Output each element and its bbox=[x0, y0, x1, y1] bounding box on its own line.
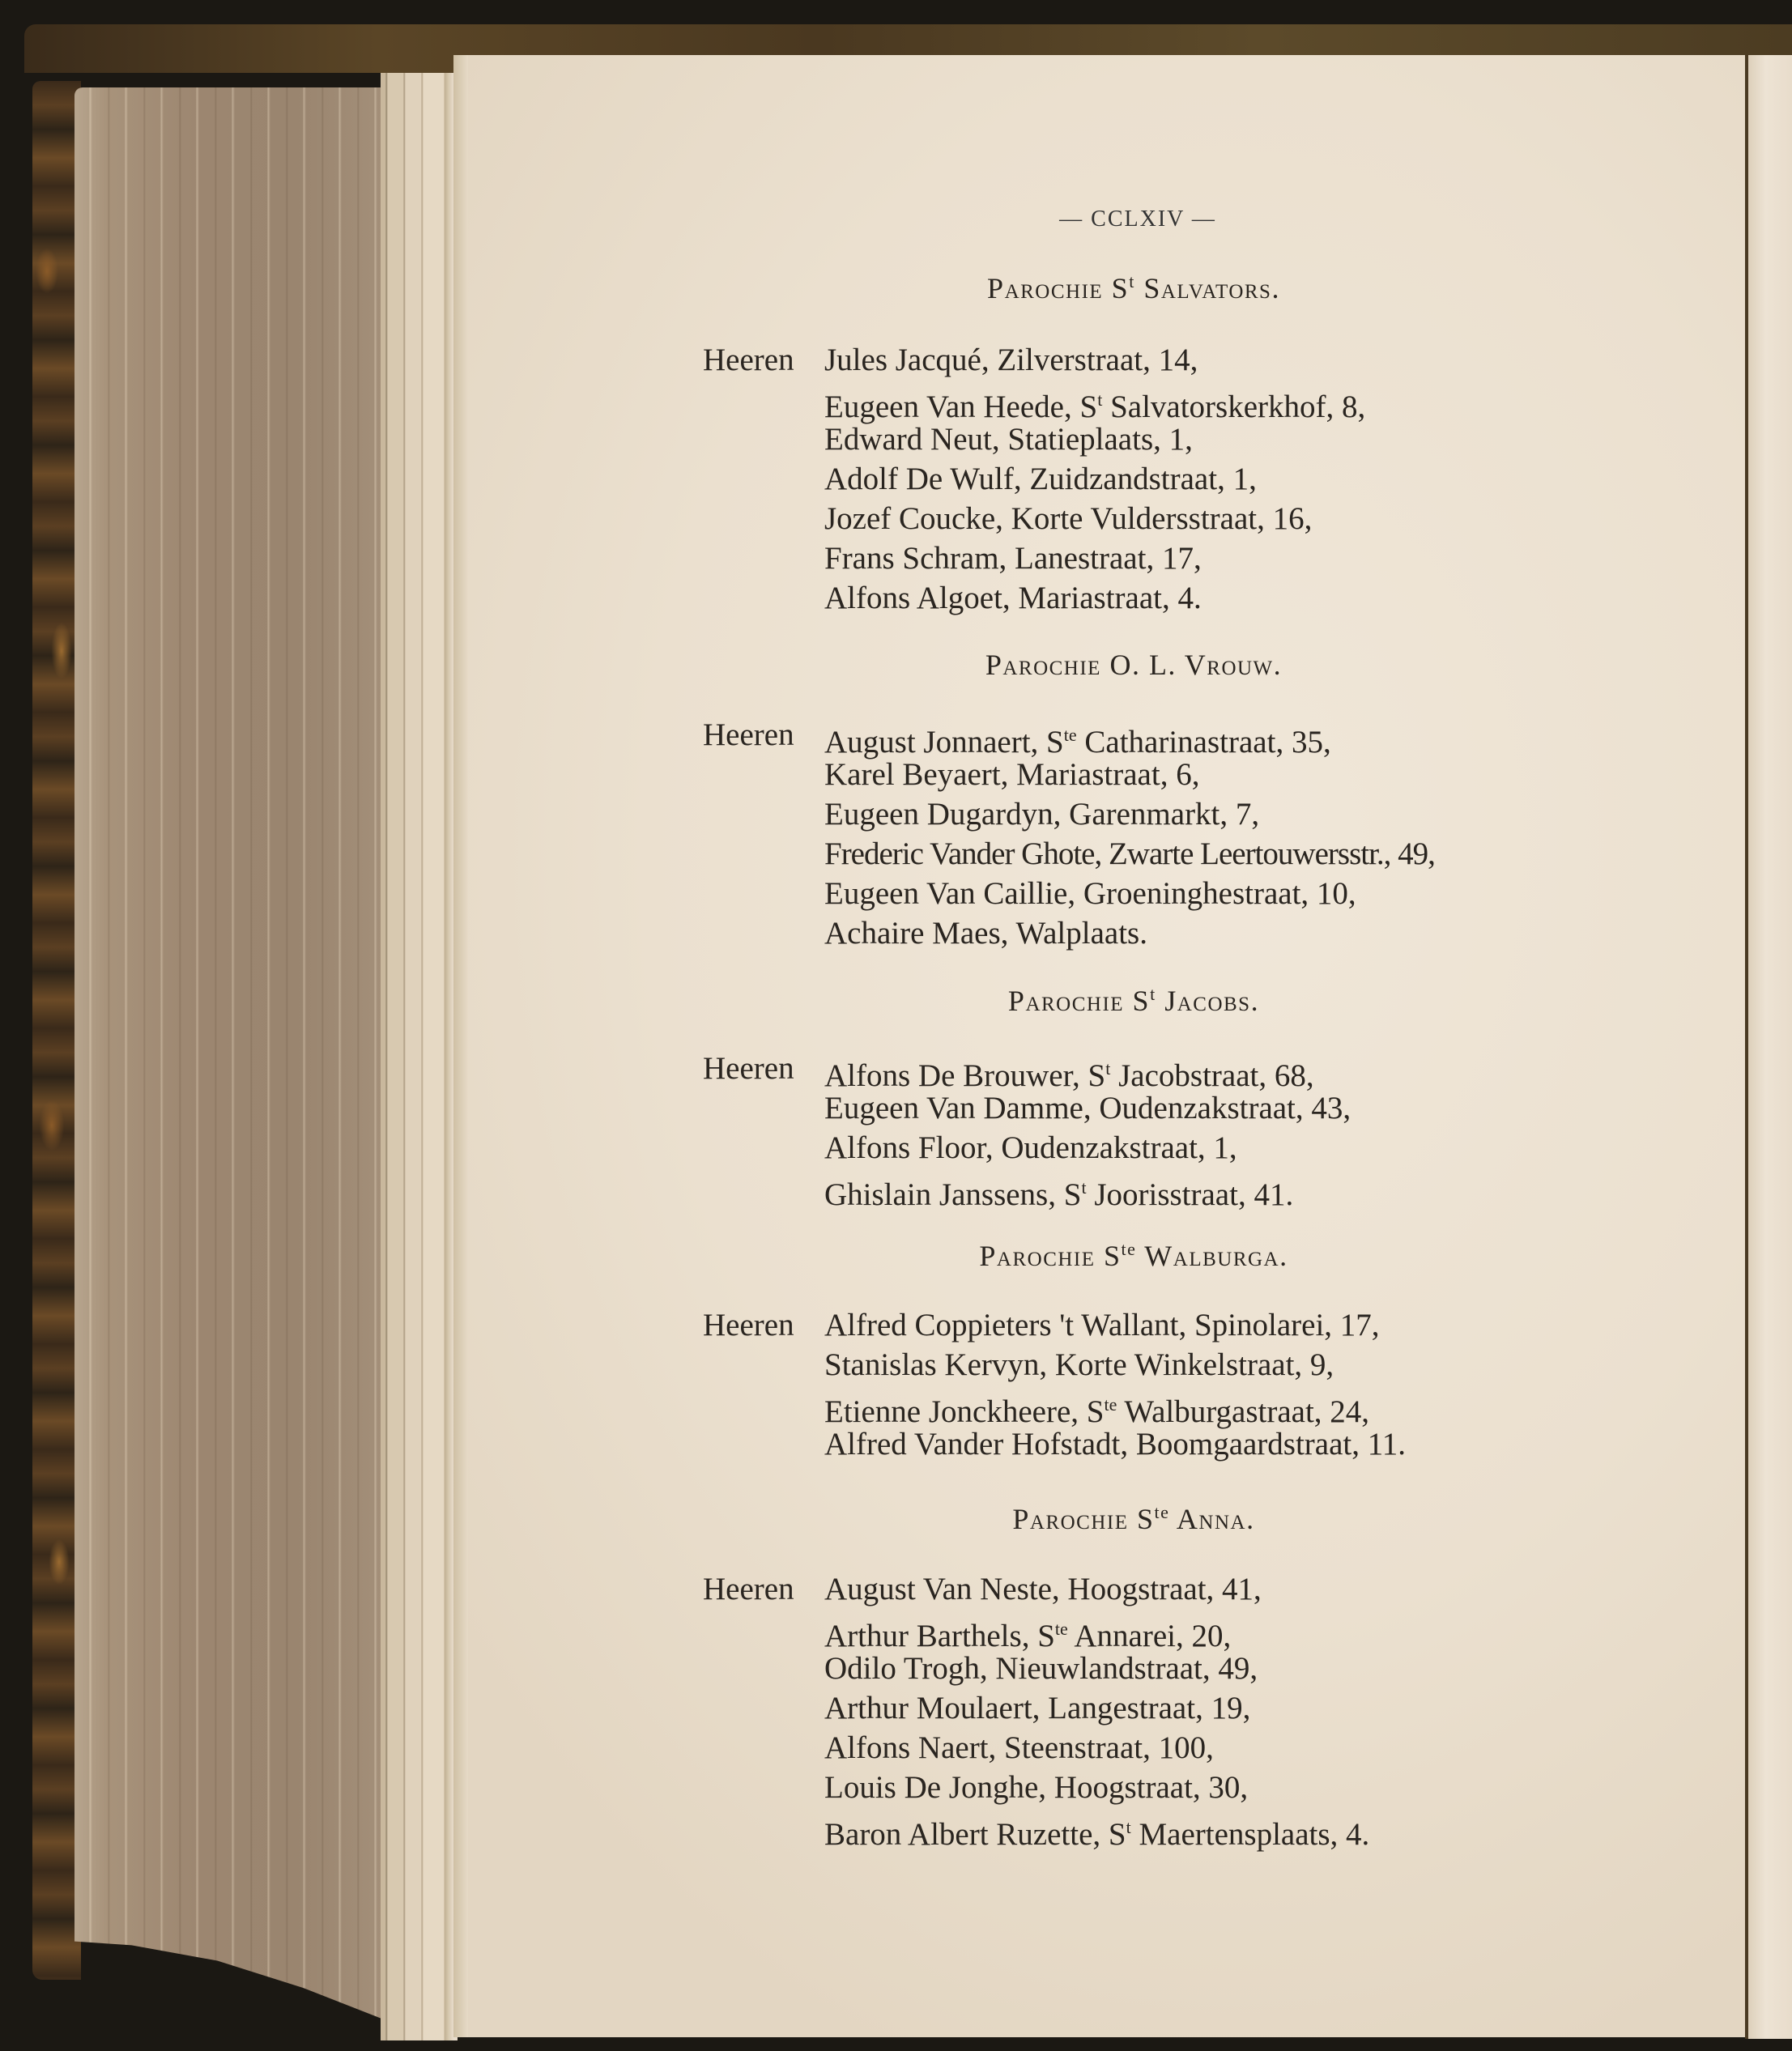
page-folio: — CCLXIV — bbox=[1036, 206, 1239, 232]
leaf-stack bbox=[381, 73, 458, 2040]
section-heading-st-salvators: Parochie St Salvators. bbox=[729, 271, 1539, 305]
heeren-label: Heeren bbox=[703, 1569, 794, 1609]
section-heading-st-jacobs: Parochie St Jacobs. bbox=[729, 984, 1539, 1018]
book-cover-marbled-edge bbox=[32, 81, 81, 1980]
heeren-label: Heeren bbox=[703, 715, 794, 755]
section-heading-ol-vrouw: Parochie O. L. Vrouw. bbox=[729, 648, 1539, 682]
heeren-label: Heeren bbox=[703, 1049, 794, 1088]
heeren-label: Heeren bbox=[703, 1305, 794, 1345]
page-block-fore-edge bbox=[74, 87, 392, 2023]
section-heading-ste-anna: Parochie Ste Anna. bbox=[729, 1502, 1539, 1536]
section-heading-ste-walburga: Parochie Ste Walburga. bbox=[729, 1239, 1539, 1273]
heeren-label: Heeren bbox=[703, 340, 794, 380]
facing-page-edge bbox=[1748, 55, 1792, 2039]
